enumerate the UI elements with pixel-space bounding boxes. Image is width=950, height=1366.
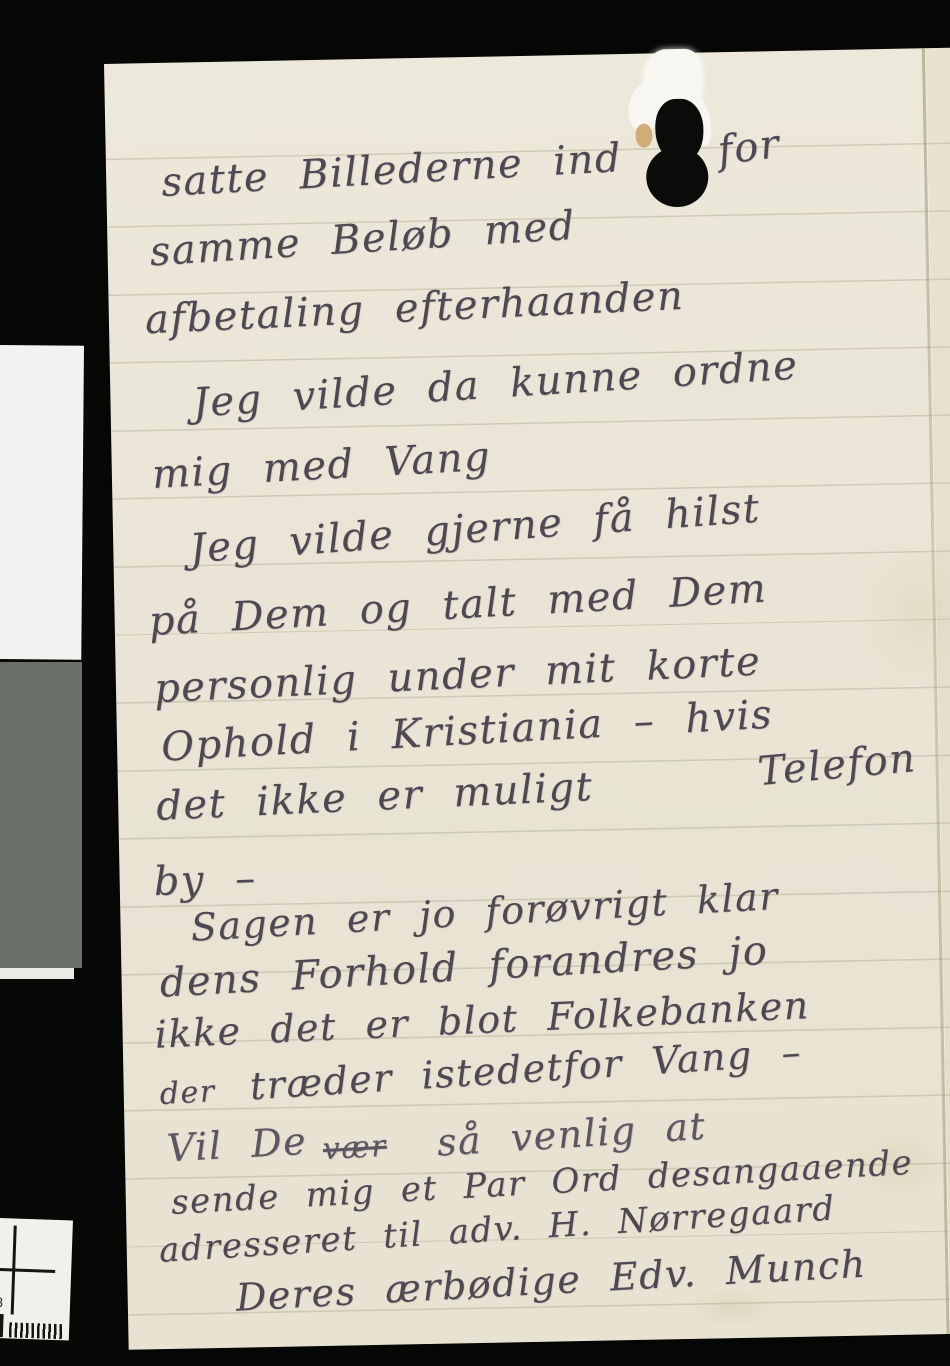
- handwriting-line: Jeg vilde gjerne få hilst: [188, 489, 761, 570]
- handwriting-line: så venlig at: [436, 1107, 708, 1162]
- calibration-white-patch: [0, 345, 84, 660]
- handwriting-line: by –: [153, 858, 257, 902]
- handwriting-line: satte Billederne ind: [160, 138, 623, 203]
- letter-paper: satte Billederne ind for samme Beløb med…: [104, 47, 950, 1350]
- handwriting-line: afbetaling efterhaanden: [144, 276, 685, 340]
- handwriting-line: på Dem og talt med Dem: [148, 569, 768, 642]
- scan-background: { "scan": { "background_color": "#080806…: [0, 0, 950, 1366]
- hole-opening: [646, 146, 709, 207]
- handwriting-line: Telefon: [756, 738, 918, 792]
- handwriting-line: det ikke er muligt: [155, 767, 594, 827]
- ruler-tick-marks: [9, 1322, 64, 1339]
- handwriting-line: der: [159, 1077, 216, 1110]
- calibration-target-card: 8: [0, 1218, 73, 1340]
- calibration-card-edge: [0, 968, 74, 979]
- fingerprint-smudge: [831, 507, 950, 720]
- handwriting-line: Vil De: [166, 1122, 308, 1168]
- handwriting-line: Jeg vilde da kunne ordne: [192, 346, 800, 424]
- ruler-label: 8: [0, 1296, 4, 1311]
- calibration-gray-patch: [0, 662, 82, 968]
- handwriting-strikethrough-word: vær: [322, 1132, 388, 1165]
- handwriting-line: mig med Vang: [151, 437, 492, 495]
- hole-scorch-stain: [635, 123, 652, 147]
- handwriting-line: for: [715, 124, 782, 171]
- crosshair-horizontal-line: [0, 1268, 55, 1273]
- ruler-major-tick: [0, 1314, 4, 1337]
- handwriting-line: samme Beløb med: [149, 206, 577, 273]
